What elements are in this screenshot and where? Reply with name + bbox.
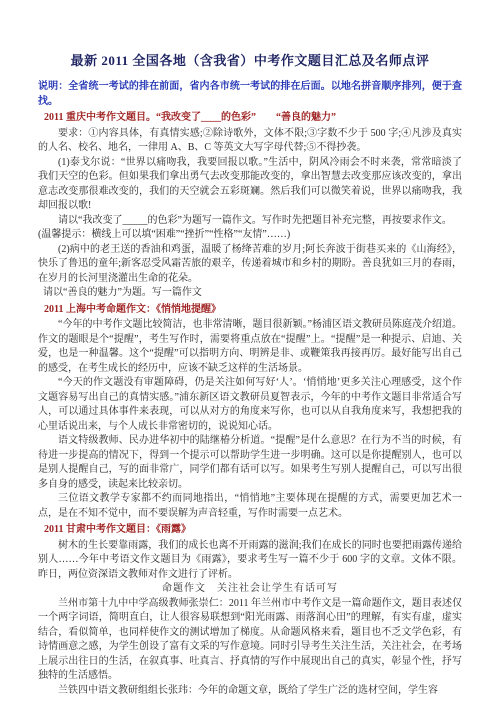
paragraph-requirements: 要求：①内容具体，有真情实感;②除诗歌外，文体不限;③字数不少于 500 字;④… bbox=[38, 127, 462, 156]
section-heading-shanghai: 2011 上海中考命题作文：《悄悄地提醒》 bbox=[38, 303, 462, 318]
paragraph-tagore-prompt: (1)泰戈尔说：“世界以痛吻我，我要回报以歌。”生活中，阴风冷雨会不时来袭，常常… bbox=[38, 156, 462, 214]
section-heading-gansu: 2011 甘肃中考作文题目：《雨露》 bbox=[38, 523, 462, 538]
paragraph-kindness-prompt: (2)病中的老王送的香油和鸡蛋，温暖了杨绛苦难的岁月;阿长奔波于街巷买来的《山海… bbox=[38, 243, 462, 287]
paragraph-title-instruction-1: 请以“我改变了_____的色彩”为题写一篇作文。写作时先把题目补充完整，再按要求… bbox=[38, 214, 462, 229]
paragraph-title-instruction-2: 请以“善良的魅力”为题。写一篇作文 bbox=[38, 286, 462, 301]
section-heading-chongqing: 2011 重庆中考作文题目。“我改变了____的色彩” “善良的魅力” bbox=[38, 111, 462, 126]
paragraph-warm-tip: (温馨提示：横线上可以填“困难”“挫折”“性格”“友情”……) bbox=[38, 228, 462, 243]
paragraph-shanghai-expert-2: “今天的作文题没有审题障碍，仍是关注如何写好‘人’。‘悄悄地’更多关注心理感受，… bbox=[38, 376, 462, 434]
paragraph-gansu-subtitle: 命题作文 关注社会让学生有话可写 bbox=[38, 582, 462, 597]
paragraph-shanghai-expert-3: 语文特级教师、民办进华初中的陆继椿分析道。“提醒”是什么意思？在行为不当的时候，… bbox=[38, 434, 462, 492]
instruction-note: 说明：全省统一考试的排在前面，省内各市统一考试的排在后面。以地名拼音顺序排列，便… bbox=[38, 80, 462, 109]
paragraph-gansu-intro: 树木的生长要靠雨露，我们的成长也离不开雨露的滋润;我们在成长的同时也要把雨露传递… bbox=[38, 539, 462, 583]
page-title: 最新 2011 全国各地（含我省）中考作文题目汇总及名师点评 bbox=[38, 50, 462, 69]
document-page: 最新 2011 全国各地（含我省）中考作文题目汇总及名师点评 说明：全省统一考试… bbox=[0, 0, 500, 707]
paragraph-shanghai-summary: 三位语文教学专家都不约而同地指出，“悄悄地”主要体现在提醒的方式，需要更加艺术一… bbox=[38, 492, 462, 521]
paragraph-gansu-teacher-2: 兰铁四中语文教研组组长张玮：今年的命题文章，既给了学生广泛的选材空间，学生容 bbox=[38, 684, 462, 699]
paragraph-shanghai-expert-1: “今年的中考作文题比较简洁，也非常清晰，题目很新颖。”杨浦区语文教研员陈庭茂介绍… bbox=[38, 318, 462, 376]
paragraph-gansu-teacher-1: 兰州市第十九中中学高级教师张崇仁：2011 年兰州市中考作文是一篇命题作文，题目… bbox=[38, 597, 462, 684]
